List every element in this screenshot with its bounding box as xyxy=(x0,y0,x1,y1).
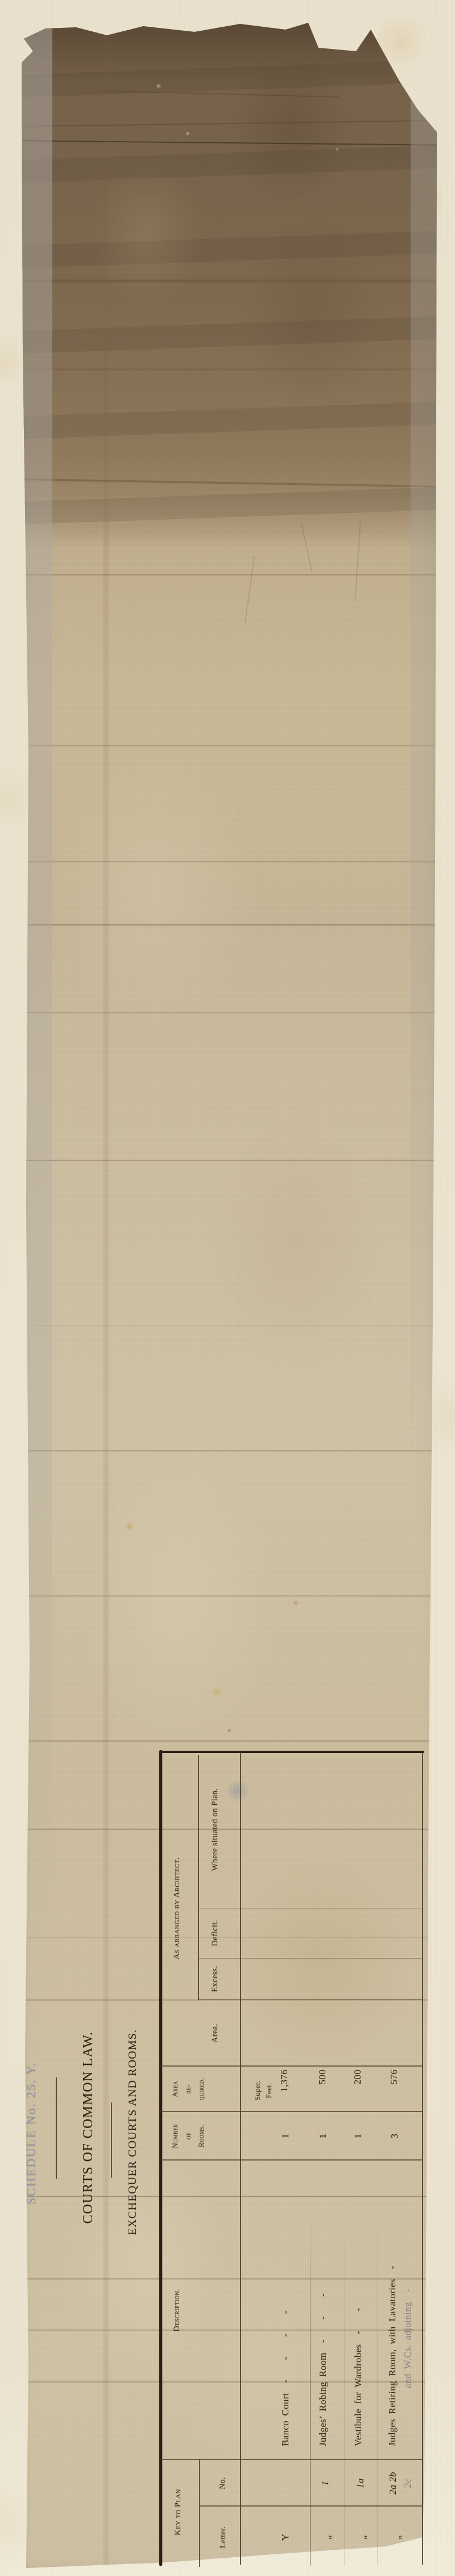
cell-rooms-row1: 1 xyxy=(280,2112,291,2161)
cell-letter-row1: Y xyxy=(280,2507,291,2568)
header-number-of-rooms-line3: Rooms. xyxy=(195,2112,208,2161)
table-top-border xyxy=(159,1750,162,2566)
header-no: No. xyxy=(218,2460,227,2507)
unit-line2: Feet. xyxy=(263,2067,275,2114)
rotated-document-canvas: SCHEDULE No. 25. Y. COURTS OF COMMON LAW… xyxy=(0,0,455,2576)
header-key-to-plan: Key to Plan xyxy=(173,2459,183,2566)
rule-under-title xyxy=(111,2102,112,2178)
header-description: Description. xyxy=(172,2161,182,2460)
printed-content: SCHEDULE No. 25. Y. COURTS OF COMMON LAW… xyxy=(0,0,455,2576)
header-as-arranged-by-architect: As arranged by Architect. xyxy=(172,1750,182,2067)
cell-area-row1: 1,376 xyxy=(279,2069,290,2114)
header-number-of-rooms: Number of Rooms. xyxy=(169,2112,208,2161)
key-to-plan-rule xyxy=(199,2459,200,2567)
header-arch-area: Area. xyxy=(210,2000,220,2067)
table-right-border xyxy=(159,1751,424,1753)
header-number-of-rooms-line1: Number xyxy=(169,2112,182,2161)
document-subtitle: EXCHEQUER COURTS AND ROOMS. xyxy=(126,2018,139,2246)
cell-rooms-row4: 3 xyxy=(389,2112,400,2161)
divider-archarea-excess xyxy=(198,1999,423,2000)
cell-letter-row2: „ xyxy=(322,2507,333,2568)
row-separator xyxy=(345,2196,345,2566)
cell-description-row1: Banco Court - - - - xyxy=(280,2166,291,2446)
cell-rooms-row3: 1 xyxy=(353,2112,364,2161)
header-arch-excess: Excess. xyxy=(210,1958,220,2000)
cell-no-row2: 1 xyxy=(320,2460,331,2507)
cell-area-row4: 576 xyxy=(388,2069,400,2114)
header-area-required-line2: re- xyxy=(182,2066,195,2112)
unit-line1: Super. xyxy=(252,2067,263,2114)
cell-description-row2: Judges’ Robing Room - - - xyxy=(317,2166,329,2446)
cell-no-row4-line1: 2a 2b xyxy=(387,2460,399,2507)
cell-area-row3: 200 xyxy=(352,2069,363,2114)
cell-letter-row4: „ xyxy=(392,2507,403,2568)
scan-mount-background: SCHEDULE No. 25. Y. COURTS OF COMMON LAW… xyxy=(0,0,455,2576)
header-area-required: Area re- quired. xyxy=(169,2066,208,2112)
unit-super-feet: Super. Feet. xyxy=(252,2067,274,2114)
header-area-required-line3: quired. xyxy=(195,2066,208,2112)
document-title: COURTS OF COMMON LAW. xyxy=(81,2014,96,2241)
divider-excess-deficit xyxy=(198,1958,423,1958)
rule-under-schedule xyxy=(56,2077,57,2179)
row-separator xyxy=(378,2196,378,2566)
header-bottom-rule xyxy=(240,1752,241,2565)
cell-description-row4-line2: and W.Cs. adjoining - xyxy=(402,2166,413,2388)
header-arch-where-situated: Where situated on Plan. xyxy=(210,1751,220,1908)
cell-area-row2: 500 xyxy=(317,2069,328,2114)
row-separator xyxy=(310,2213,311,2566)
cell-description-row4-line1: Judges Retiring Room, with Lavatories - xyxy=(387,2166,398,2446)
divider-deficit-where xyxy=(198,1908,423,1908)
table-bottom-border xyxy=(422,1752,423,2565)
header-arch-deficit: Deficit. xyxy=(210,1908,220,1958)
header-area-required-line1: Area xyxy=(169,2066,182,2112)
header-number-of-rooms-line2: of xyxy=(182,2112,195,2161)
divider-no-description xyxy=(160,2459,423,2460)
cell-rooms-row2: 1 xyxy=(317,2112,329,2161)
cell-description-row3: Vestibule for Wardrobes - - xyxy=(353,2166,364,2446)
as-arranged-rule xyxy=(198,1755,199,2000)
cell-no-row3: 1a xyxy=(355,2460,366,2507)
schedule-number-stamp: SCHEDULE No. 25. Y. xyxy=(24,2031,39,2236)
cell-letter-row3: „ xyxy=(357,2507,369,2568)
header-letter: Letter. xyxy=(219,2507,228,2568)
cell-no-row4-line2: 2c xyxy=(402,2460,413,2507)
